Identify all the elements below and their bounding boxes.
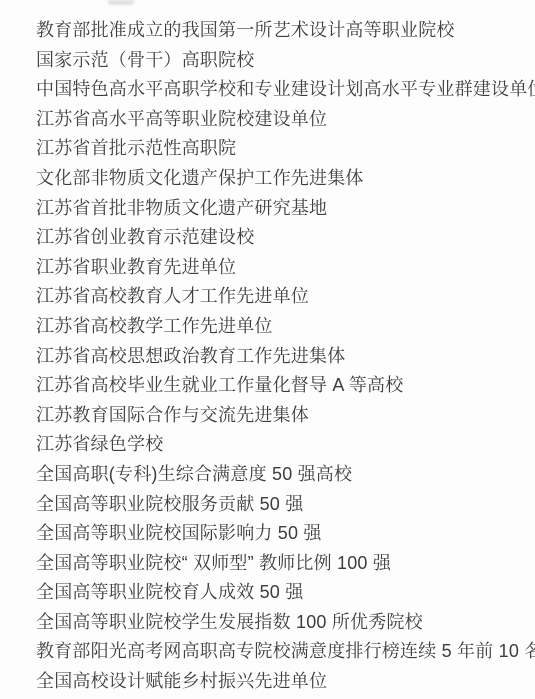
honor-line: 江苏教育国际合作与交流先进集体 bbox=[36, 401, 525, 431]
honor-line: 江苏省创业教育示范建设校 bbox=[36, 223, 525, 253]
honor-line: 全国高等职业院校服务贡献 50 强 bbox=[36, 490, 525, 520]
honor-line: 全国高等职业院校学生发展指数 100 所优秀院校 bbox=[36, 608, 525, 638]
honor-line: 江苏省高校思想政治教育工作先进集体 bbox=[36, 342, 525, 372]
honor-line: 江苏省高校毕业生就业工作量化督导 A 等高校 bbox=[36, 371, 525, 401]
honor-line: 教育部批准成立的我国第一所艺术设计高等职业院校 bbox=[36, 16, 525, 46]
honor-line: 中国特色高水平高职学校和专业建设计划高水平专业群建设单位 bbox=[36, 75, 525, 105]
honor-line: 江苏省高校教学工作先进单位 bbox=[36, 312, 525, 342]
honor-line: 全国高等职业院校国际影响力 50 强 bbox=[36, 519, 525, 549]
document-page: 教育部批准成立的我国第一所艺术设计高等职业院校 国家示范（骨干）高职院校 中国特… bbox=[0, 0, 535, 699]
honors-list: 教育部批准成立的我国第一所艺术设计高等职业院校 国家示范（骨干）高职院校 中国特… bbox=[36, 16, 525, 697]
honor-line: 国家示范（骨干）高职院校 bbox=[36, 46, 525, 76]
honor-line: 江苏省职业教育先进单位 bbox=[36, 253, 525, 283]
honor-line: 全国高等职业院校“ 双师型” 教师比例 100 强 bbox=[36, 549, 525, 579]
honor-line: 教育部阳光高考网高职高专院校满意度排行榜连续 5 年前 10 名 bbox=[36, 637, 525, 667]
honor-line: 江苏省首批非物质文化遗产研究基地 bbox=[36, 194, 525, 224]
honor-line: 全国高等职业院校育人成效 50 强 bbox=[36, 578, 525, 608]
honor-line: 文化部非物质文化遗产保护工作先进集体 bbox=[36, 164, 525, 194]
honor-line: 江苏省高水平高等职业院校建设单位 bbox=[36, 105, 525, 135]
cropped-text-artifact bbox=[108, 0, 134, 5]
honor-line: 全国高校设计赋能乡村振兴先进单位 bbox=[36, 667, 525, 697]
honor-line: 江苏省绿色学校 bbox=[36, 430, 525, 460]
honor-line: 江苏省首批示范性高职院 bbox=[36, 134, 525, 164]
honor-line: 全国高职(专科)生综合满意度 50 强高校 bbox=[36, 460, 525, 490]
honor-line: 江苏省高校教育人才工作先进单位 bbox=[36, 282, 525, 312]
